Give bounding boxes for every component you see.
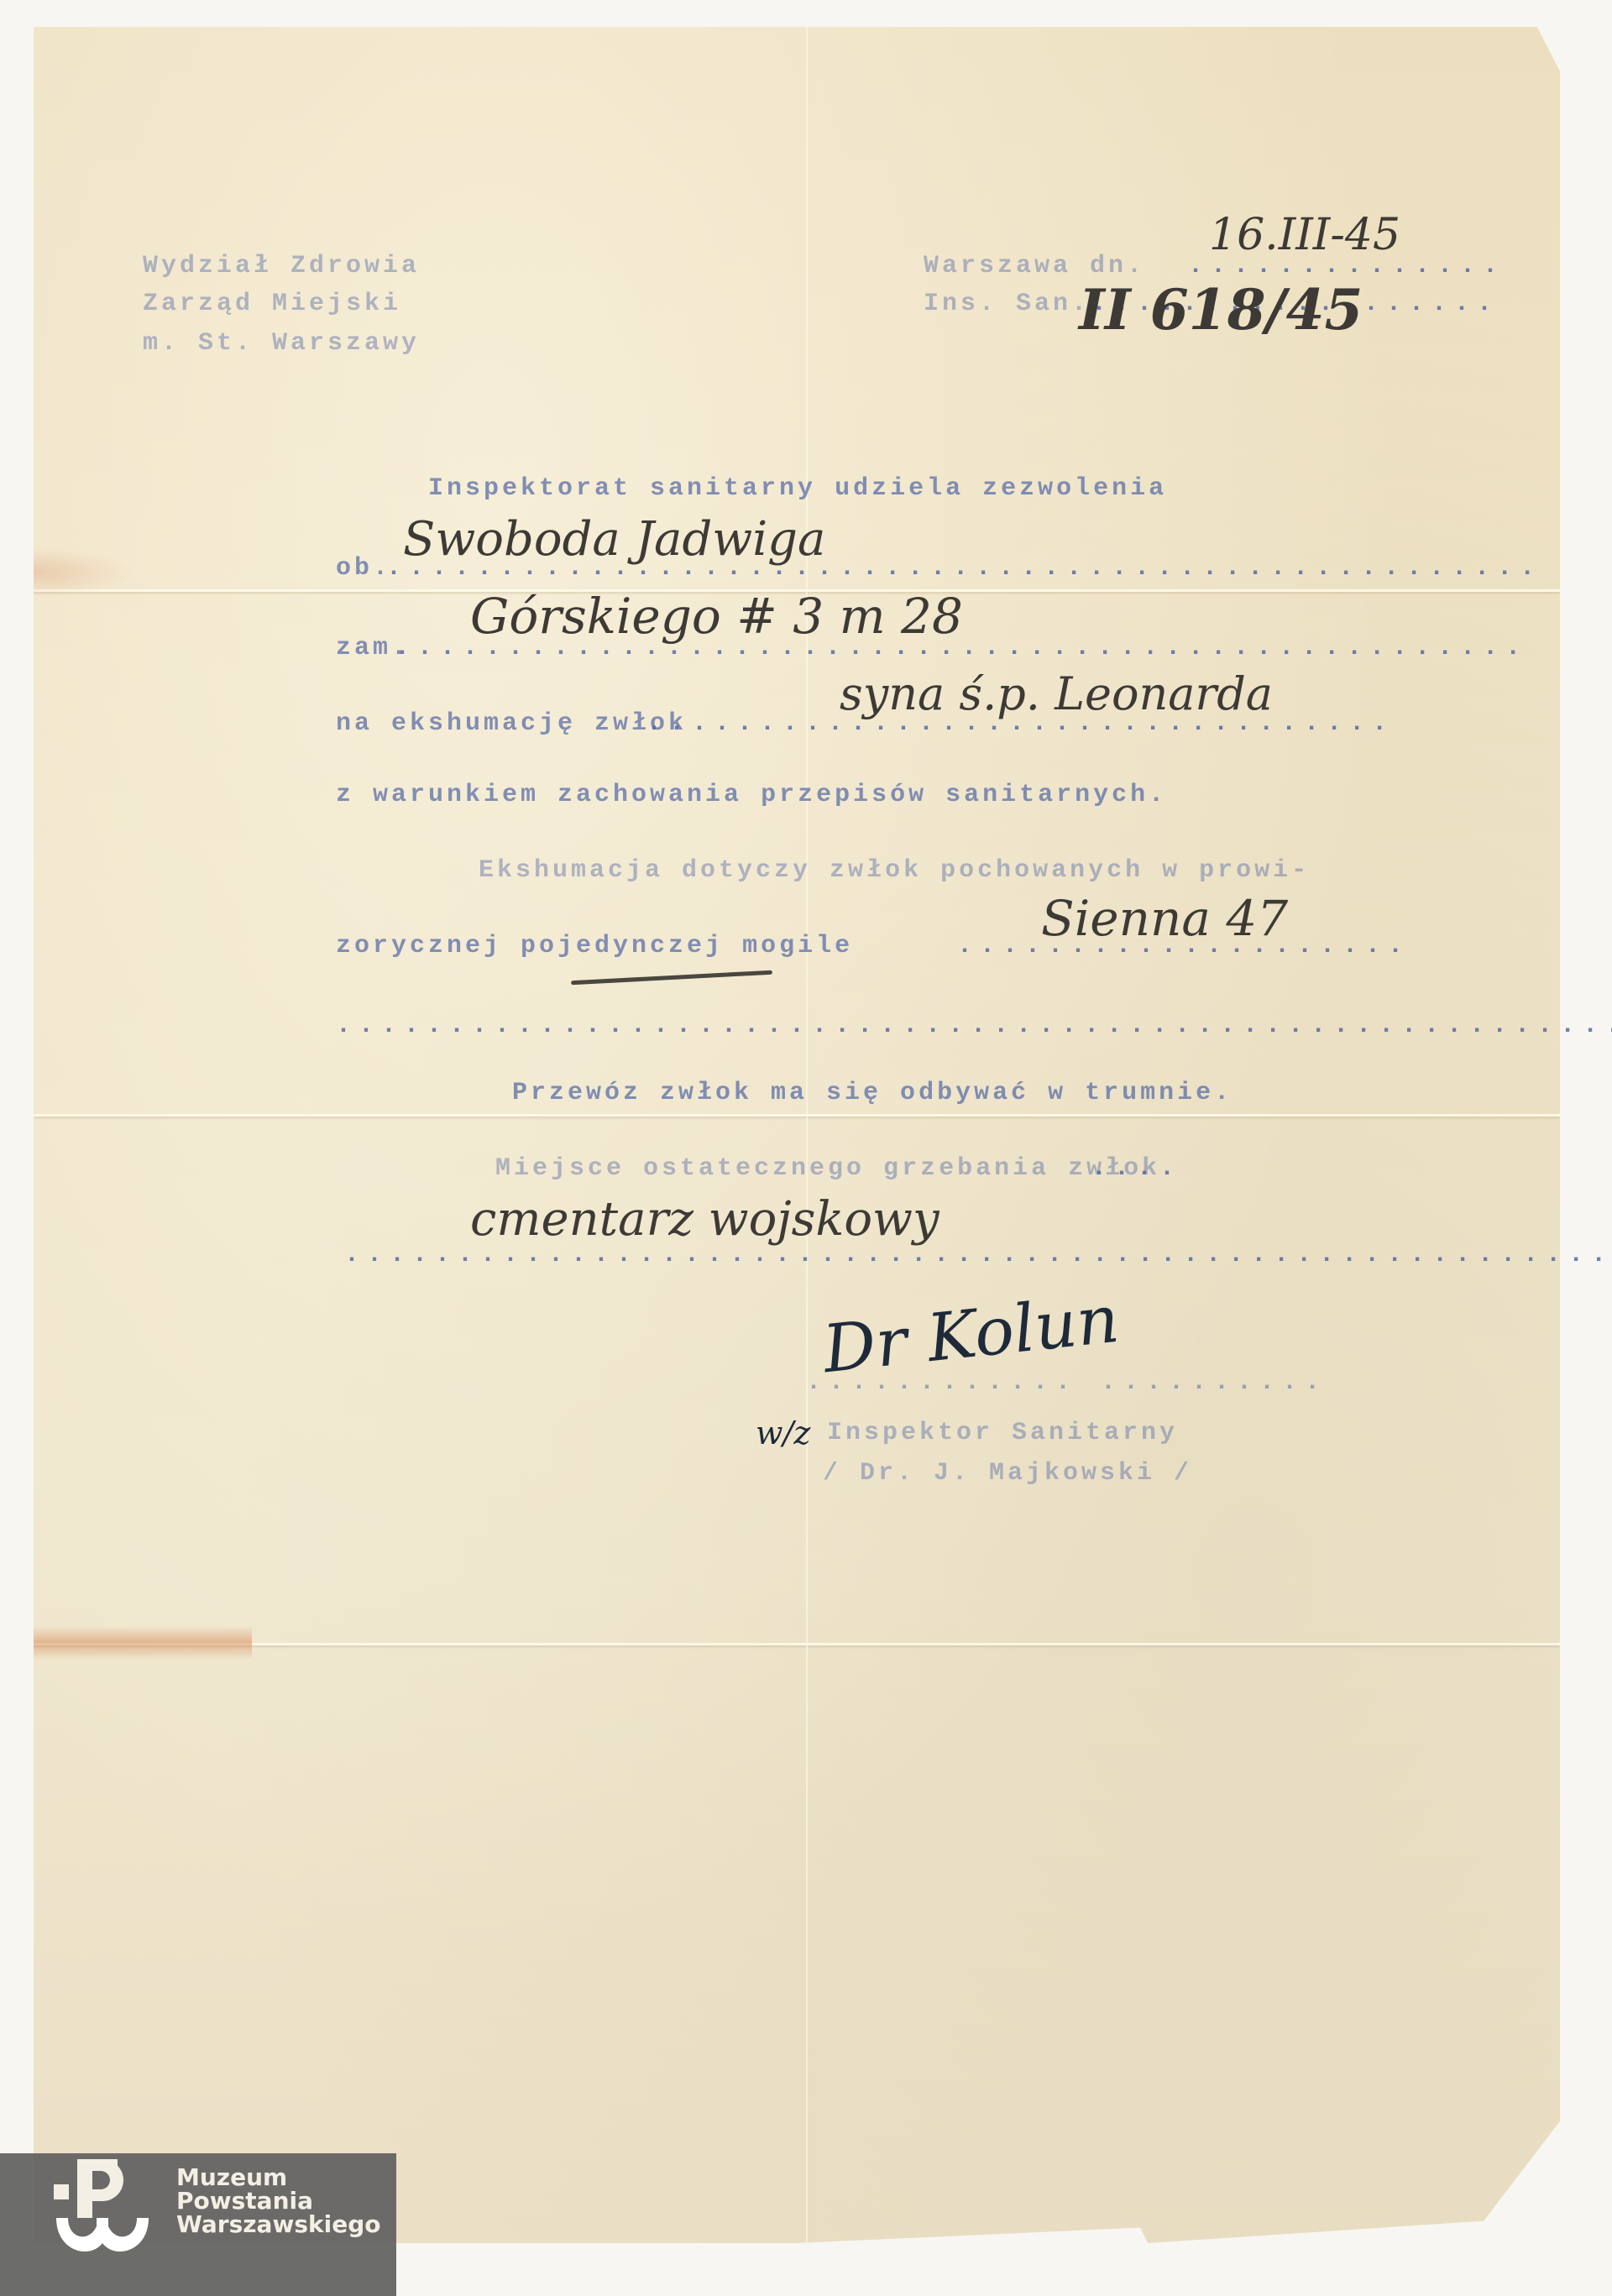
header-office-line2: Zarząd Miejski <box>143 290 401 318</box>
rust-stain <box>34 547 134 598</box>
citizen-label: ob. <box>336 554 391 583</box>
document-paper <box>34 27 1560 2243</box>
exhumation-label: na ekshumację zwłok <box>336 709 687 738</box>
reference-handwritten: II 618/45 <box>1079 277 1363 343</box>
rust-stain <box>34 1626 252 1660</box>
dotted-line: ........................................… <box>344 1241 1612 1269</box>
fold-line <box>34 1643 1560 1645</box>
burial-place-label: Miejsce ostatecznego grzebania zwłok <box>495 1154 1160 1183</box>
address-handwritten: Górskiego # 3 m 28 <box>470 588 963 645</box>
burial-place-handwritten: cmentarz wojskowy <box>470 1192 939 1247</box>
reference-label: Ins. San. <box>924 290 1090 318</box>
museum-name-line2: Powstania <box>176 2189 380 2213</box>
citizen-name-handwritten: Swoboda Jadwiga <box>403 512 825 567</box>
kotwica-anchor-logo-icon <box>52 2159 153 2260</box>
sanitary-condition: z warunkiem zachowania przepisów sanitar… <box>336 781 1167 809</box>
museum-name: Muzeum Powstania Warszawskiego <box>176 2166 380 2236</box>
grave-label: zorycznej pojedynczej mogile <box>336 932 853 960</box>
header-office-line3: m. St. Warszawy <box>143 329 420 358</box>
deceased-handwritten: syna ś.p. Leonarda <box>840 667 1273 720</box>
dotted-line: ........................................… <box>336 1012 1612 1040</box>
exhumation-details: Ekshumacja dotyczy zwłok pochowanych w p… <box>479 856 1310 885</box>
museum-name-line3: Warszawskiego <box>176 2213 380 2236</box>
on-behalf-prefix: w/z <box>756 1415 810 1451</box>
grave-location-handwritten: Sienna 47 <box>1041 890 1288 947</box>
inspector-name: / Dr. J. Majkowski / <box>823 1459 1192 1488</box>
header-office-line1: Wydział Zdrowia <box>143 252 420 280</box>
permit-intro: Inspektorat sanitarny udziela zezwolenia <box>428 474 1167 503</box>
date-handwritten: 16.III-45 <box>1209 210 1400 260</box>
inspector-title: Inspektor Sanitarny <box>827 1419 1178 1447</box>
transport-condition: Przewóz zwłok ma się odbywać w trumnie. <box>512 1079 1233 1107</box>
dotted-line: .... <box>1091 1154 1182 1183</box>
museum-name-line1: Muzeum <box>176 2166 380 2189</box>
fold-line <box>806 27 808 2243</box>
fold-line <box>34 1114 1560 1117</box>
place-label: Warszawa dn. <box>924 252 1145 280</box>
